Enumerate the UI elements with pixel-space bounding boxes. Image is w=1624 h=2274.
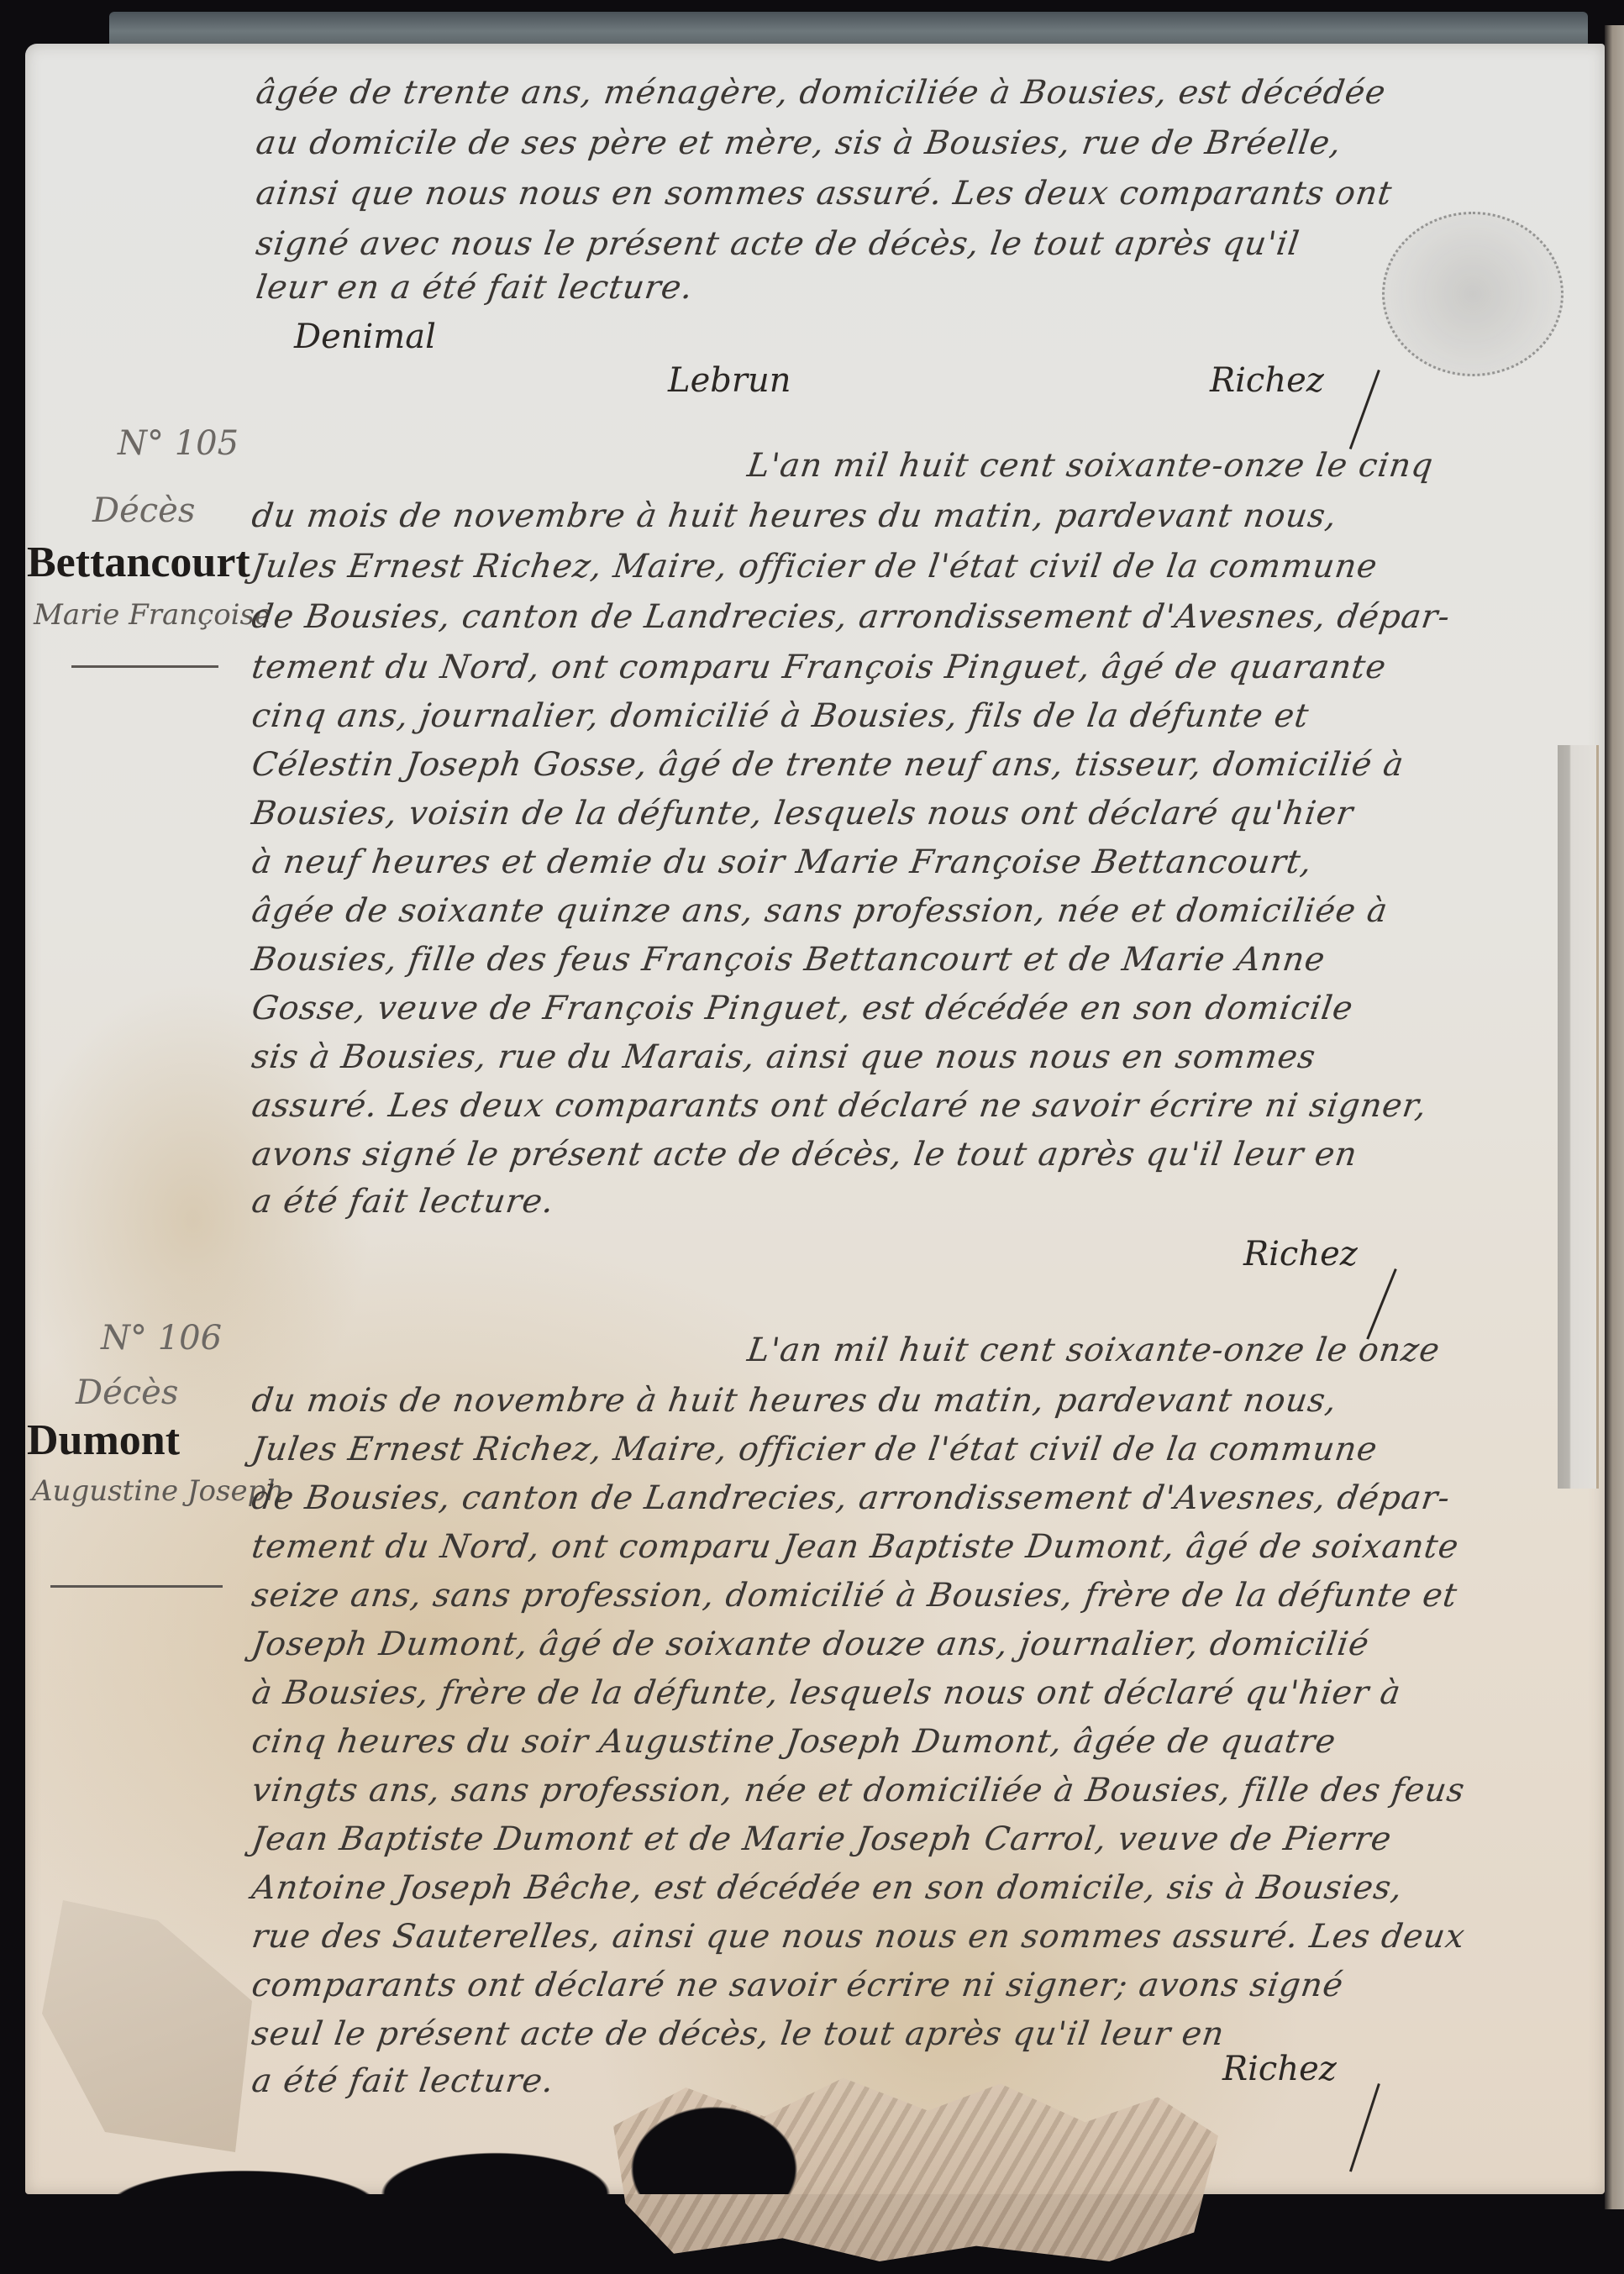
text-line: assuré. Les deux comparants ont déclaré … (250, 1087, 1430, 1125)
text-line: Antoine Joseph Bêche, est décédée en son… (250, 1869, 1406, 1907)
text-line: Joseph Dumont, âgé de soixante douze ans… (250, 1625, 1372, 1663)
ink-stamp-seal (1382, 212, 1564, 376)
text-line: de Bousies, canton de Landrecies, arrond… (250, 598, 1453, 636)
text-line: cinq ans, journalier, domicilié à Bousie… (250, 697, 1311, 735)
text-line: sis à Bousies, rue du Marais, ainsi que … (250, 1038, 1318, 1076)
text-line: rue des Sauterelles, ainsi que nous nous… (250, 1918, 1468, 1956)
deceased-given-names: Marie Françoise (34, 598, 271, 632)
text-line: a été fait lecture. (250, 2062, 557, 2100)
text-line: au domicile de ses père et mère, sis à B… (254, 124, 1344, 162)
entry-type-label: Décès (76, 1373, 178, 1412)
text-line: Bousies, fille des feus François Bettanc… (250, 941, 1328, 979)
text-line: seul le présent acte de décès, le tout a… (250, 2015, 1227, 2053)
entry-type-label: Décès (92, 491, 195, 530)
text-line: avons signé le présent acte de décès, le… (250, 1136, 1360, 1174)
entry-number: N° 105 (118, 424, 239, 463)
text-line: cinq heures du soir Augustine Joseph Dum… (250, 1723, 1338, 1761)
text-line: Gosse, veuve de François Pinguet, est dé… (250, 990, 1356, 1027)
text-line: a été fait lecture. (250, 1183, 557, 1221)
text-line: ainsi que nous nous en sommes assuré. Le… (254, 175, 1395, 213)
margin-divider (50, 1585, 223, 1588)
text-line: tement du Nord, ont comparu Jean Baptist… (250, 1528, 1461, 1566)
text-line: Bousies, voisin de la défunte, lesquels … (250, 795, 1356, 832)
margin-divider (71, 665, 218, 668)
text-line: âgée de trente ans, ménagère, domiciliée… (254, 74, 1389, 112)
text-line: Jules Ernest Richez, Maire, officier de … (250, 1431, 1380, 1468)
deceased-surname: Dumont (27, 1415, 180, 1465)
text-line: du mois de novembre à huit heures du mat… (250, 497, 1340, 535)
text-line: du mois de novembre à huit heures du mat… (250, 1382, 1340, 1420)
deceased-given-names: Augustine Joseph (32, 1474, 284, 1508)
signature-richez: Richez (1222, 2050, 1337, 2088)
text-line: L'an mil huit cent soixante-onze le cinq (745, 447, 1436, 485)
attached-paper-slip (1558, 745, 1599, 1489)
signature-richez: Richez (1243, 1235, 1358, 1274)
text-line: âgée de soixante quinze ans, sans profes… (250, 892, 1390, 930)
text-line: Jean Baptiste Dumont et de Marie Joseph … (250, 1820, 1395, 1858)
text-line: seize ans, sans profession, domicilié à … (250, 1577, 1460, 1615)
entry-number: N° 106 (101, 1319, 222, 1358)
torn-page-edge (25, 1917, 1605, 2194)
text-line: tement du Nord, ont comparu François Pin… (250, 649, 1389, 686)
text-line: comparants ont déclaré ne savoir écrire … (250, 1967, 1346, 2004)
text-line: Jules Ernest Richez, Maire, officier de … (250, 548, 1380, 586)
text-line: à Bousies, frère de la défunte, lesquels… (250, 1674, 1404, 1712)
text-line: de Bousies, canton de Landrecies, arrond… (250, 1479, 1453, 1517)
text-line: L'an mil huit cent soixante-onze le onze (745, 1331, 1443, 1369)
text-line: à neuf heures et demie du soir Marie Fra… (250, 843, 1315, 881)
page-stack-edge (1605, 25, 1624, 2209)
text-line: signé avec nous le présent acte de décès… (254, 225, 1302, 263)
signature-richez: Richez (1210, 361, 1324, 400)
book-binding-strip (109, 12, 1588, 47)
text-line: Célestin Joseph Gosse, âgé de trente neu… (250, 746, 1406, 784)
text-line: vingts ans, sans profession, née et domi… (250, 1772, 1468, 1809)
signature-denimal: Denimal (294, 318, 436, 356)
text-line: leur en a été fait lecture. (254, 269, 696, 307)
deceased-surname: Bettancourt (27, 538, 250, 587)
signature-lebrun: Lebrun (668, 361, 791, 400)
